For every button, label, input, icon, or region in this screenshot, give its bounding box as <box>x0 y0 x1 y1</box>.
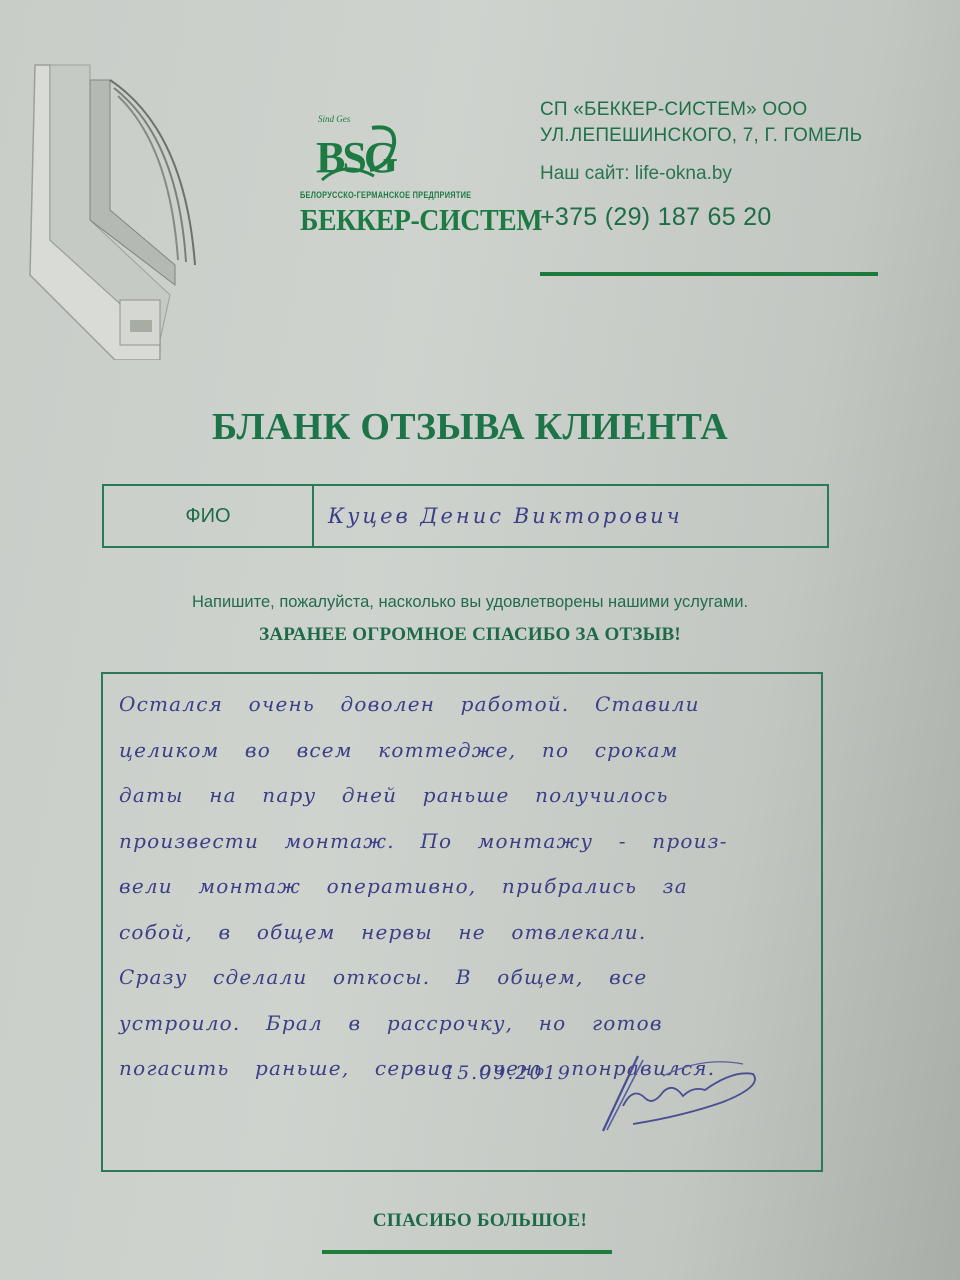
form-instruction: Напишите, пожалуйста, насколько вы удовл… <box>14 592 926 612</box>
company-website: Наш сайт: life-okna.by <box>540 163 880 185</box>
review-line: вели монтаж оперативно, прибрались за <box>119 864 809 910</box>
logo-company-name: БЕККЕР-СИСТЕМ <box>300 202 507 238</box>
contact-block: СП «БЕККЕР-СИСТЕМ» ООО УЛ.ЛЕПЕШИНСКОГО, … <box>540 97 880 232</box>
footer-thanks: СПАСИБО БОЛЬШОЕ! <box>0 1210 960 1232</box>
feedback-form-page: Sind Ges BSG БЕЛОРУССКО-ГЕРМАНСКОЕ ПРЕДП… <box>0 0 960 1280</box>
form-title: БЛАНК ОТЗЫВА КЛИЕНТА <box>0 405 940 449</box>
review-line: устроило. Брал в рассрочку, но готов <box>119 1001 809 1047</box>
footer-divider <box>322 1250 612 1254</box>
review-date: 15.09.2019 <box>443 1062 572 1084</box>
review-text-area[interactable]: Остался очень доволен работой. Ставили ц… <box>101 672 823 1172</box>
company-legal-name: СП «БЕККЕР-СИСТЕМ» ООО <box>540 97 880 123</box>
signature-icon <box>593 1046 763 1136</box>
company-address: УЛ.ЛЕПЕШИНСКОГО, 7, Г. ГОМЕЛЬ <box>540 123 880 149</box>
contact-divider <box>540 272 878 276</box>
company-logo: Sind Ges BSG БЕЛОРУССКО-ГЕРМАНСКОЕ ПРЕДП… <box>300 110 530 240</box>
logo-mark-icon: Sind Ges BSG <box>314 110 400 190</box>
name-field-label: ФИО <box>104 486 314 546</box>
name-field-table: ФИО Куцев Денис Викторович <box>102 484 829 548</box>
logo-subtitle: БЕЛОРУССКО-ГЕРМАНСКОЕ ПРЕДПРИЯТИЕ <box>300 190 489 200</box>
form-thanks-in-advance: ЗАРАНЕЕ ОГРОМНОЕ СПАСИБО ЗА ОТЗЫВ! <box>0 624 940 646</box>
review-line: Сразу сделали откосы. В общем, все <box>119 955 809 1001</box>
review-line: Остался очень доволен работой. Ставили <box>119 682 809 728</box>
review-line: даты на пару дней раньше получилось <box>119 773 809 819</box>
window-profile-icon <box>10 40 210 360</box>
name-field-value[interactable]: Куцев Денис Викторович <box>314 486 827 546</box>
review-line: произвести монтаж. По монтажу - произ- <box>119 819 809 865</box>
svg-text:Sind Ges: Sind Ges <box>318 114 351 124</box>
review-line: целиком во всем коттедже, по срокам <box>119 728 809 774</box>
review-handwritten-text: Остался очень доволен работой. Ставили ц… <box>119 682 809 1092</box>
review-line: собой, в общем нервы не отвлекали. <box>119 910 809 956</box>
company-phone: +375 (29) 187 65 20 <box>540 203 880 232</box>
